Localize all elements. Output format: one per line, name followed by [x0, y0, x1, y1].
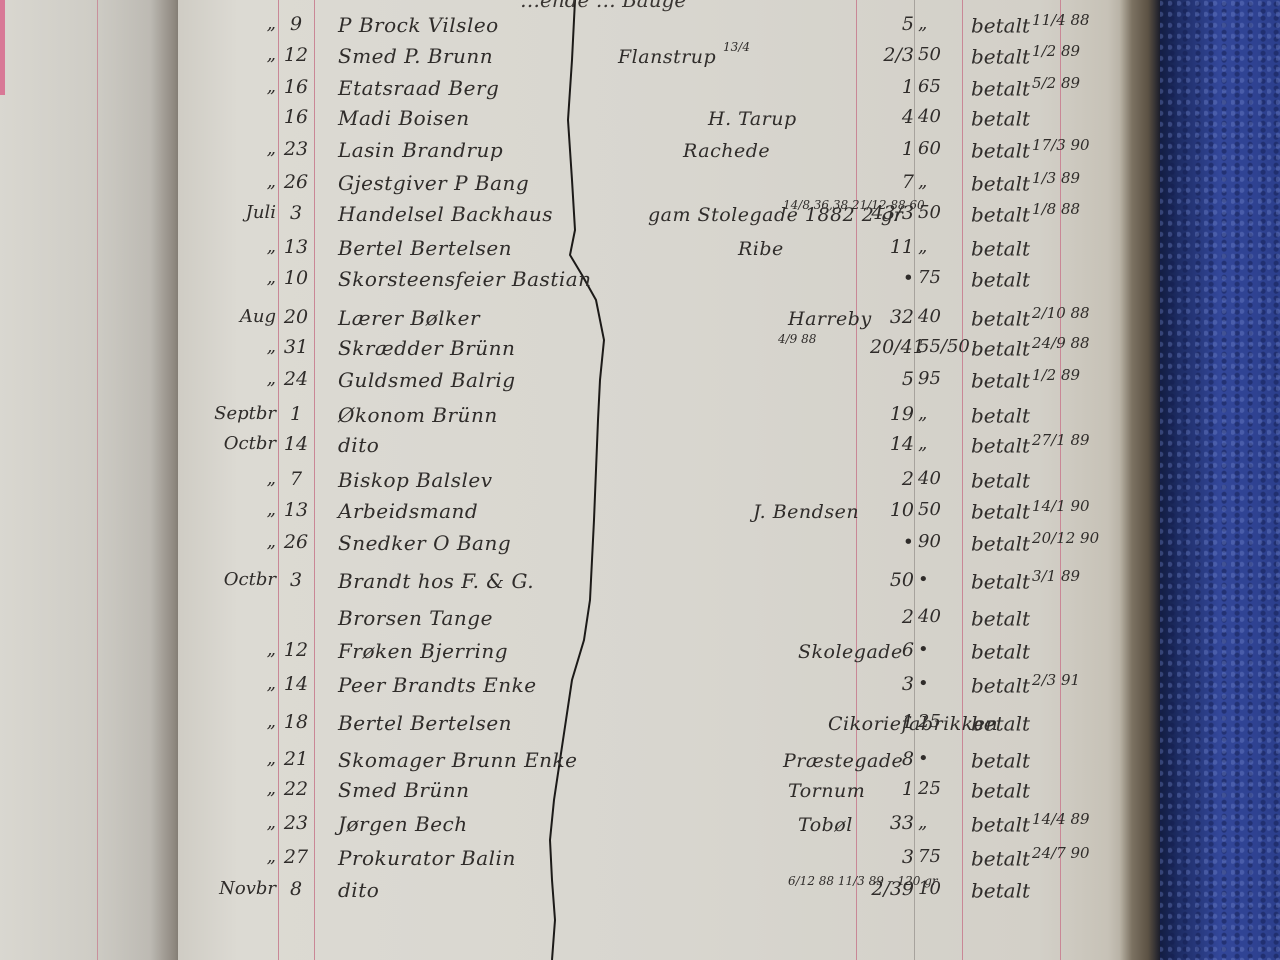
kroner-cell: 43/3 [870, 202, 914, 224]
day-cell: 23 [278, 138, 314, 160]
paid-date: 1/2 89 [1032, 366, 1080, 384]
paid-label: betalt [971, 847, 1030, 871]
paid-label: betalt [971, 203, 1030, 227]
ledger-row: „23Jørgen BechTobøl33„betalt14/4 89 [178, 806, 1138, 840]
kroner-cell: 1 [870, 711, 914, 733]
day-cell: 9 [278, 13, 314, 35]
name-cell: Lasin Brandrup [338, 138, 503, 162]
kroner-cell: 5 [870, 368, 914, 390]
status-cell: betalt5/2 89 [971, 74, 1080, 101]
ore-cell: • [918, 569, 958, 590]
ledger-row: „12Smed P. BrunnFlanstrup13/42/350betalt… [178, 38, 1138, 72]
paid-label: betalt [971, 404, 1030, 428]
status-cell: betalt [971, 876, 1032, 903]
day-cell: 12 [278, 44, 314, 66]
ore-cell: • [918, 748, 958, 769]
kroner-cell: 7 [870, 171, 914, 193]
month-cell: „ [186, 812, 276, 833]
month-cell: „ [186, 531, 276, 552]
ledger-row: „21Skomager Brunn EnkePræstegade8•betalt [178, 742, 1138, 776]
paid-label: betalt [971, 712, 1030, 736]
name-cell: Etatsraad Berg [338, 76, 499, 100]
month-cell: „ [186, 13, 276, 34]
pink-margin-mark [0, 0, 5, 95]
status-cell: betalt24/9 88 [971, 334, 1090, 361]
ledger-row: „12Frøken BjerringSkolegade6•betalt [178, 633, 1138, 667]
ore-cell: „ [918, 433, 958, 454]
kroner-cell: 8 [870, 748, 914, 770]
month-cell: „ [186, 778, 276, 799]
paid-date: 27/1 89 [1032, 431, 1090, 449]
month-cell: „ [186, 711, 276, 732]
month-cell: Octbr [186, 433, 276, 454]
day-cell: 21 [278, 748, 314, 770]
ore-cell: 25 [918, 778, 958, 799]
name-cell: Guldsmed Balrig [338, 368, 516, 392]
ore-cell: • [918, 673, 958, 694]
ledger-row: „27Prokurator Balin375betalt24/7 90 [178, 840, 1138, 874]
name-cell: dito [338, 878, 379, 902]
ledger-row: Aug20Lærer BølkerHarreby3240betalt2/10 8… [178, 300, 1138, 334]
status-cell: betalt1/8 88 [971, 200, 1080, 227]
ledger-row: „13Bertel BertelsenRibe11„betalt [178, 230, 1138, 264]
ore-cell: „ [918, 403, 958, 424]
status-cell: betalt [971, 234, 1032, 261]
month-cell: „ [186, 468, 276, 489]
ore-cell: 40 [918, 468, 958, 489]
month-cell: „ [186, 267, 276, 288]
name-cell: Snedker O Bang [338, 531, 511, 555]
name-cell: Frøken Bjerring [338, 639, 508, 663]
day-cell: 24 [278, 368, 314, 390]
kroner-cell: 32 [870, 306, 914, 328]
ledger-row: „26Gjestgiver P Bang7„betalt1/3 89 [178, 165, 1138, 199]
paid-label: betalt [971, 45, 1030, 69]
paid-label: betalt [971, 500, 1030, 524]
ore-cell: 65 [918, 76, 958, 97]
kroner-cell: 2/3 [870, 44, 914, 66]
month-cell: „ [186, 846, 276, 867]
kroner-cell: • [870, 531, 914, 553]
paid-date: 2/10 88 [1032, 304, 1090, 322]
ore-cell: 50 [918, 44, 958, 65]
ledger-row: „9P Brock Vilsleo5„betalt11/4 88 [178, 7, 1138, 41]
status-cell: betalt14/4 89 [971, 810, 1090, 837]
ledger-row: „31Skrædder Brünn4/9 8820/4155/50betalt2… [178, 330, 1138, 364]
place-cell: Rachede [683, 140, 770, 162]
name-cell: Brandt hos F. & G. [338, 569, 534, 593]
day-cell: 23 [278, 812, 314, 834]
paid-date: 11/4 88 [1032, 11, 1090, 29]
day-cell: 20 [278, 306, 314, 328]
ore-cell: 90 [918, 531, 958, 552]
left-page-edge [0, 0, 185, 960]
ore-cell: 50 [918, 202, 958, 223]
kroner-cell: 3 [870, 846, 914, 868]
paid-date: 1/3 89 [1032, 169, 1080, 187]
place-cell: Tornum [788, 780, 865, 802]
ledger-row: „14Peer Brandts Enke3•betalt2/3 91 [178, 667, 1138, 701]
month-cell: „ [186, 138, 276, 159]
day-cell: 26 [278, 171, 314, 193]
day-cell: 27 [278, 846, 314, 868]
ledger-row: 16Madi BoisenH. Tarup440betalt [178, 100, 1138, 134]
ore-cell: 95 [918, 368, 958, 389]
ledger-row: Juli3Handelsel Backhausgam Stolegade 188… [178, 196, 1138, 230]
paid-label: betalt [971, 268, 1030, 292]
status-cell: betalt27/1 89 [971, 431, 1090, 458]
month-cell: „ [186, 673, 276, 694]
kroner-cell: 10 [870, 499, 914, 521]
ore-cell: „ [918, 812, 958, 833]
place-cell: J. Bendsen [753, 501, 859, 523]
month-cell: „ [186, 171, 276, 192]
status-cell: betalt1/3 89 [971, 169, 1080, 196]
paid-label: betalt [971, 237, 1030, 261]
ledger-row: „7Biskop Balslev240betalt [178, 462, 1138, 496]
place-cell: Harreby [788, 308, 872, 330]
day-cell: 3 [278, 202, 314, 224]
name-cell: dito [338, 433, 379, 457]
name-cell: Handelsel Backhaus [338, 202, 553, 226]
status-cell: betalt2/10 88 [971, 304, 1090, 331]
ledger-row: Novbr8dito6/12 88 11/3 89 – 120 gr2/3910… [178, 872, 1138, 906]
paid-label: betalt [971, 779, 1030, 803]
paid-label: betalt [971, 369, 1030, 393]
kroner-cell: 50 [870, 569, 914, 591]
month-cell: „ [186, 44, 276, 65]
paid-date: 24/7 90 [1032, 844, 1090, 862]
ore-cell: 40 [918, 106, 958, 127]
place-cell: Ribe [738, 238, 784, 260]
status-cell: betalt [971, 401, 1032, 428]
name-cell: Brorsen Tange [338, 606, 493, 630]
paid-date: 5/2 89 [1032, 74, 1080, 92]
note-cell: 4/9 88 [778, 332, 816, 346]
paid-label: betalt [971, 172, 1030, 196]
paid-label: betalt [971, 14, 1030, 38]
paid-label: betalt [971, 879, 1030, 903]
month-cell: Novbr [186, 878, 276, 899]
status-cell: betalt [971, 637, 1032, 664]
kroner-cell: 2/39 [870, 878, 914, 900]
paid-label: betalt [971, 640, 1030, 664]
ledger-row: Brorsen Tange240betalt [178, 600, 1138, 634]
name-cell: Bertel Bertelsen [338, 236, 512, 260]
kroner-cell: 20/41 [870, 336, 914, 358]
day-cell: 26 [278, 531, 314, 553]
month-cell: „ [186, 76, 276, 97]
status-cell: betalt1/2 89 [971, 366, 1080, 393]
status-cell: betalt1/2 89 [971, 42, 1080, 69]
month-cell: „ [186, 499, 276, 520]
paid-date: 17/3 90 [1032, 136, 1090, 154]
name-cell: Skomager Brunn Enke [338, 748, 578, 772]
name-cell: Økonom Brünn [338, 403, 498, 427]
day-cell: 10 [278, 267, 314, 289]
status-cell: betalt [971, 746, 1032, 773]
status-cell: betalt [971, 466, 1032, 493]
month-cell: „ [186, 639, 276, 660]
kroner-cell: 19 [870, 403, 914, 425]
ledger-row: „18Bertel BertelsenCikoriefabrikken125be… [178, 705, 1138, 739]
ore-cell: 75 [918, 267, 958, 288]
name-cell: Bertel Bertelsen [338, 711, 512, 735]
name-cell: Lærer Bølker [338, 306, 480, 330]
ore-cell: 55/50 [918, 336, 958, 357]
left-page-rule [97, 0, 98, 960]
ledger-row: Octbr3Brandt hos F. & G.50•betalt3/1 89 [178, 563, 1138, 597]
day-cell: 31 [278, 336, 314, 358]
ore-cell: 40 [918, 306, 958, 327]
paid-label: betalt [971, 307, 1030, 331]
name-cell: P Brock Vilsleo [338, 13, 499, 37]
ore-cell: 10 [918, 878, 958, 899]
kroner-cell: 3 [870, 673, 914, 695]
name-cell: Skorsteensfeier Bastian [338, 267, 592, 291]
month-cell: „ [186, 236, 276, 257]
month-cell: „ [186, 748, 276, 769]
status-cell: betalt [971, 265, 1032, 292]
status-cell: betalt20/12 90 [971, 529, 1099, 556]
paid-date: 3/1 89 [1032, 567, 1080, 585]
place-cell: Flanstrup [618, 46, 716, 68]
day-cell: 3 [278, 569, 314, 591]
kroner-cell: 1 [870, 138, 914, 160]
name-cell: Arbeidsmand [338, 499, 478, 523]
name-cell: Smed P. Brunn [338, 44, 493, 68]
kroner-cell: 5 [870, 13, 914, 35]
day-cell: 13 [278, 499, 314, 521]
paid-date: 1/2 89 [1032, 42, 1080, 60]
ore-cell: 50 [918, 499, 958, 520]
ore-cell: 75 [918, 846, 958, 867]
ore-cell: 25 [918, 711, 958, 732]
paid-label: betalt [971, 532, 1030, 556]
kroner-cell: • [870, 267, 914, 289]
day-cell: 22 [278, 778, 314, 800]
ledger-row: Octbr14dito14„betalt27/1 89 [178, 427, 1138, 461]
paid-date: 24/9 88 [1032, 334, 1090, 352]
day-cell: 8 [278, 878, 314, 900]
name-cell: Smed Brünn [338, 778, 470, 802]
day-cell: 1 [278, 403, 314, 425]
month-cell: Juli [186, 202, 276, 223]
paid-date: 14/1 90 [1032, 497, 1090, 515]
ledger-row: Septbr1Økonom Brünn19„betalt [178, 397, 1138, 431]
name-cell: Peer Brandts Enke [338, 673, 537, 697]
place-cell: Tobøl [798, 814, 853, 836]
ore-cell: „ [918, 13, 958, 34]
paid-label: betalt [971, 337, 1030, 361]
name-cell: Jørgen Bech [338, 812, 468, 836]
name-cell: Madi Boisen [338, 106, 470, 130]
ledger-row: „13ArbeidsmandJ. Bendsen1050betalt14/1 9… [178, 493, 1138, 527]
place-cell: H. Tarup [708, 108, 797, 130]
ledger-row: „10Skorsteensfeier Bastian•75betalt [178, 261, 1138, 295]
status-cell: betalt [971, 604, 1032, 631]
paid-label: betalt [971, 570, 1030, 594]
paid-label: betalt [971, 674, 1030, 698]
ore-cell: „ [918, 236, 958, 257]
kroner-cell: 2 [870, 468, 914, 490]
kroner-cell: 1 [870, 778, 914, 800]
paid-label: betalt [971, 434, 1030, 458]
day-cell: 14 [278, 673, 314, 695]
kroner-cell: 11 [870, 236, 914, 258]
ledger-row: „16Etatsraad Berg165betalt5/2 89 [178, 70, 1138, 104]
day-cell: 14 [278, 433, 314, 455]
ledger-row: „24Guldsmed Balrig595betalt1/2 89 [178, 362, 1138, 396]
day-cell: 18 [278, 711, 314, 733]
day-cell: 12 [278, 639, 314, 661]
status-cell: betalt [971, 709, 1032, 736]
kroner-cell: 4 [870, 106, 914, 128]
paid-label: betalt [971, 139, 1030, 163]
kroner-cell: 2 [870, 606, 914, 628]
day-cell: 13 [278, 236, 314, 258]
kroner-cell: 14 [870, 433, 914, 455]
kroner-cell: 6 [870, 639, 914, 661]
ore-cell: 40 [918, 606, 958, 627]
status-cell: betalt3/1 89 [971, 567, 1080, 594]
ore-cell: 60 [918, 138, 958, 159]
status-cell: betalt14/1 90 [971, 497, 1090, 524]
paid-label: betalt [971, 607, 1030, 631]
paid-date: 1/8 88 [1032, 200, 1080, 218]
day-cell: 16 [278, 76, 314, 98]
paid-label: betalt [971, 813, 1030, 837]
name-cell: Skrædder Brünn [338, 336, 515, 360]
paid-date: 14/4 89 [1032, 810, 1090, 828]
note-cell: 13/4 [723, 40, 750, 54]
month-cell: Septbr [186, 403, 276, 424]
name-cell: Gjestgiver P Bang [338, 171, 529, 195]
ledger-row: „26Snedker O Bang•90betalt20/12 90 [178, 525, 1138, 559]
kroner-cell: 33 [870, 812, 914, 834]
status-cell: betalt [971, 104, 1032, 131]
month-cell: Aug [186, 306, 276, 327]
status-cell: betalt11/4 88 [971, 11, 1090, 38]
blue-fabric-background [1150, 0, 1280, 960]
kroner-cell: 1 [870, 76, 914, 98]
status-cell: betalt [971, 776, 1032, 803]
paid-label: betalt [971, 469, 1030, 493]
month-cell: „ [186, 336, 276, 357]
month-cell: Octbr [186, 569, 276, 590]
paid-label: betalt [971, 107, 1030, 131]
status-cell: betalt17/3 90 [971, 136, 1090, 163]
status-cell: betalt2/3 91 [971, 671, 1080, 698]
note-cell: 6/12 88 11/3 89 – 120 gr [788, 874, 938, 888]
paid-date: 20/12 90 [1032, 529, 1099, 547]
paid-label: betalt [971, 749, 1030, 773]
ledger-row: „23Lasin BrandrupRachede160betalt17/3 90 [178, 132, 1138, 166]
paid-label: betalt [971, 77, 1030, 101]
day-cell: 16 [278, 106, 314, 128]
name-cell: Prokurator Balin [338, 846, 516, 870]
day-cell: 7 [278, 468, 314, 490]
month-cell: „ [186, 368, 276, 389]
name-cell: Biskop Balslev [338, 468, 493, 492]
status-cell: betalt24/7 90 [971, 844, 1090, 871]
ledger-row: „22Smed BrünnTornum125betalt [178, 772, 1138, 806]
paid-date: 2/3 91 [1032, 671, 1080, 689]
ore-cell: • [918, 639, 958, 660]
ore-cell: „ [918, 171, 958, 192]
